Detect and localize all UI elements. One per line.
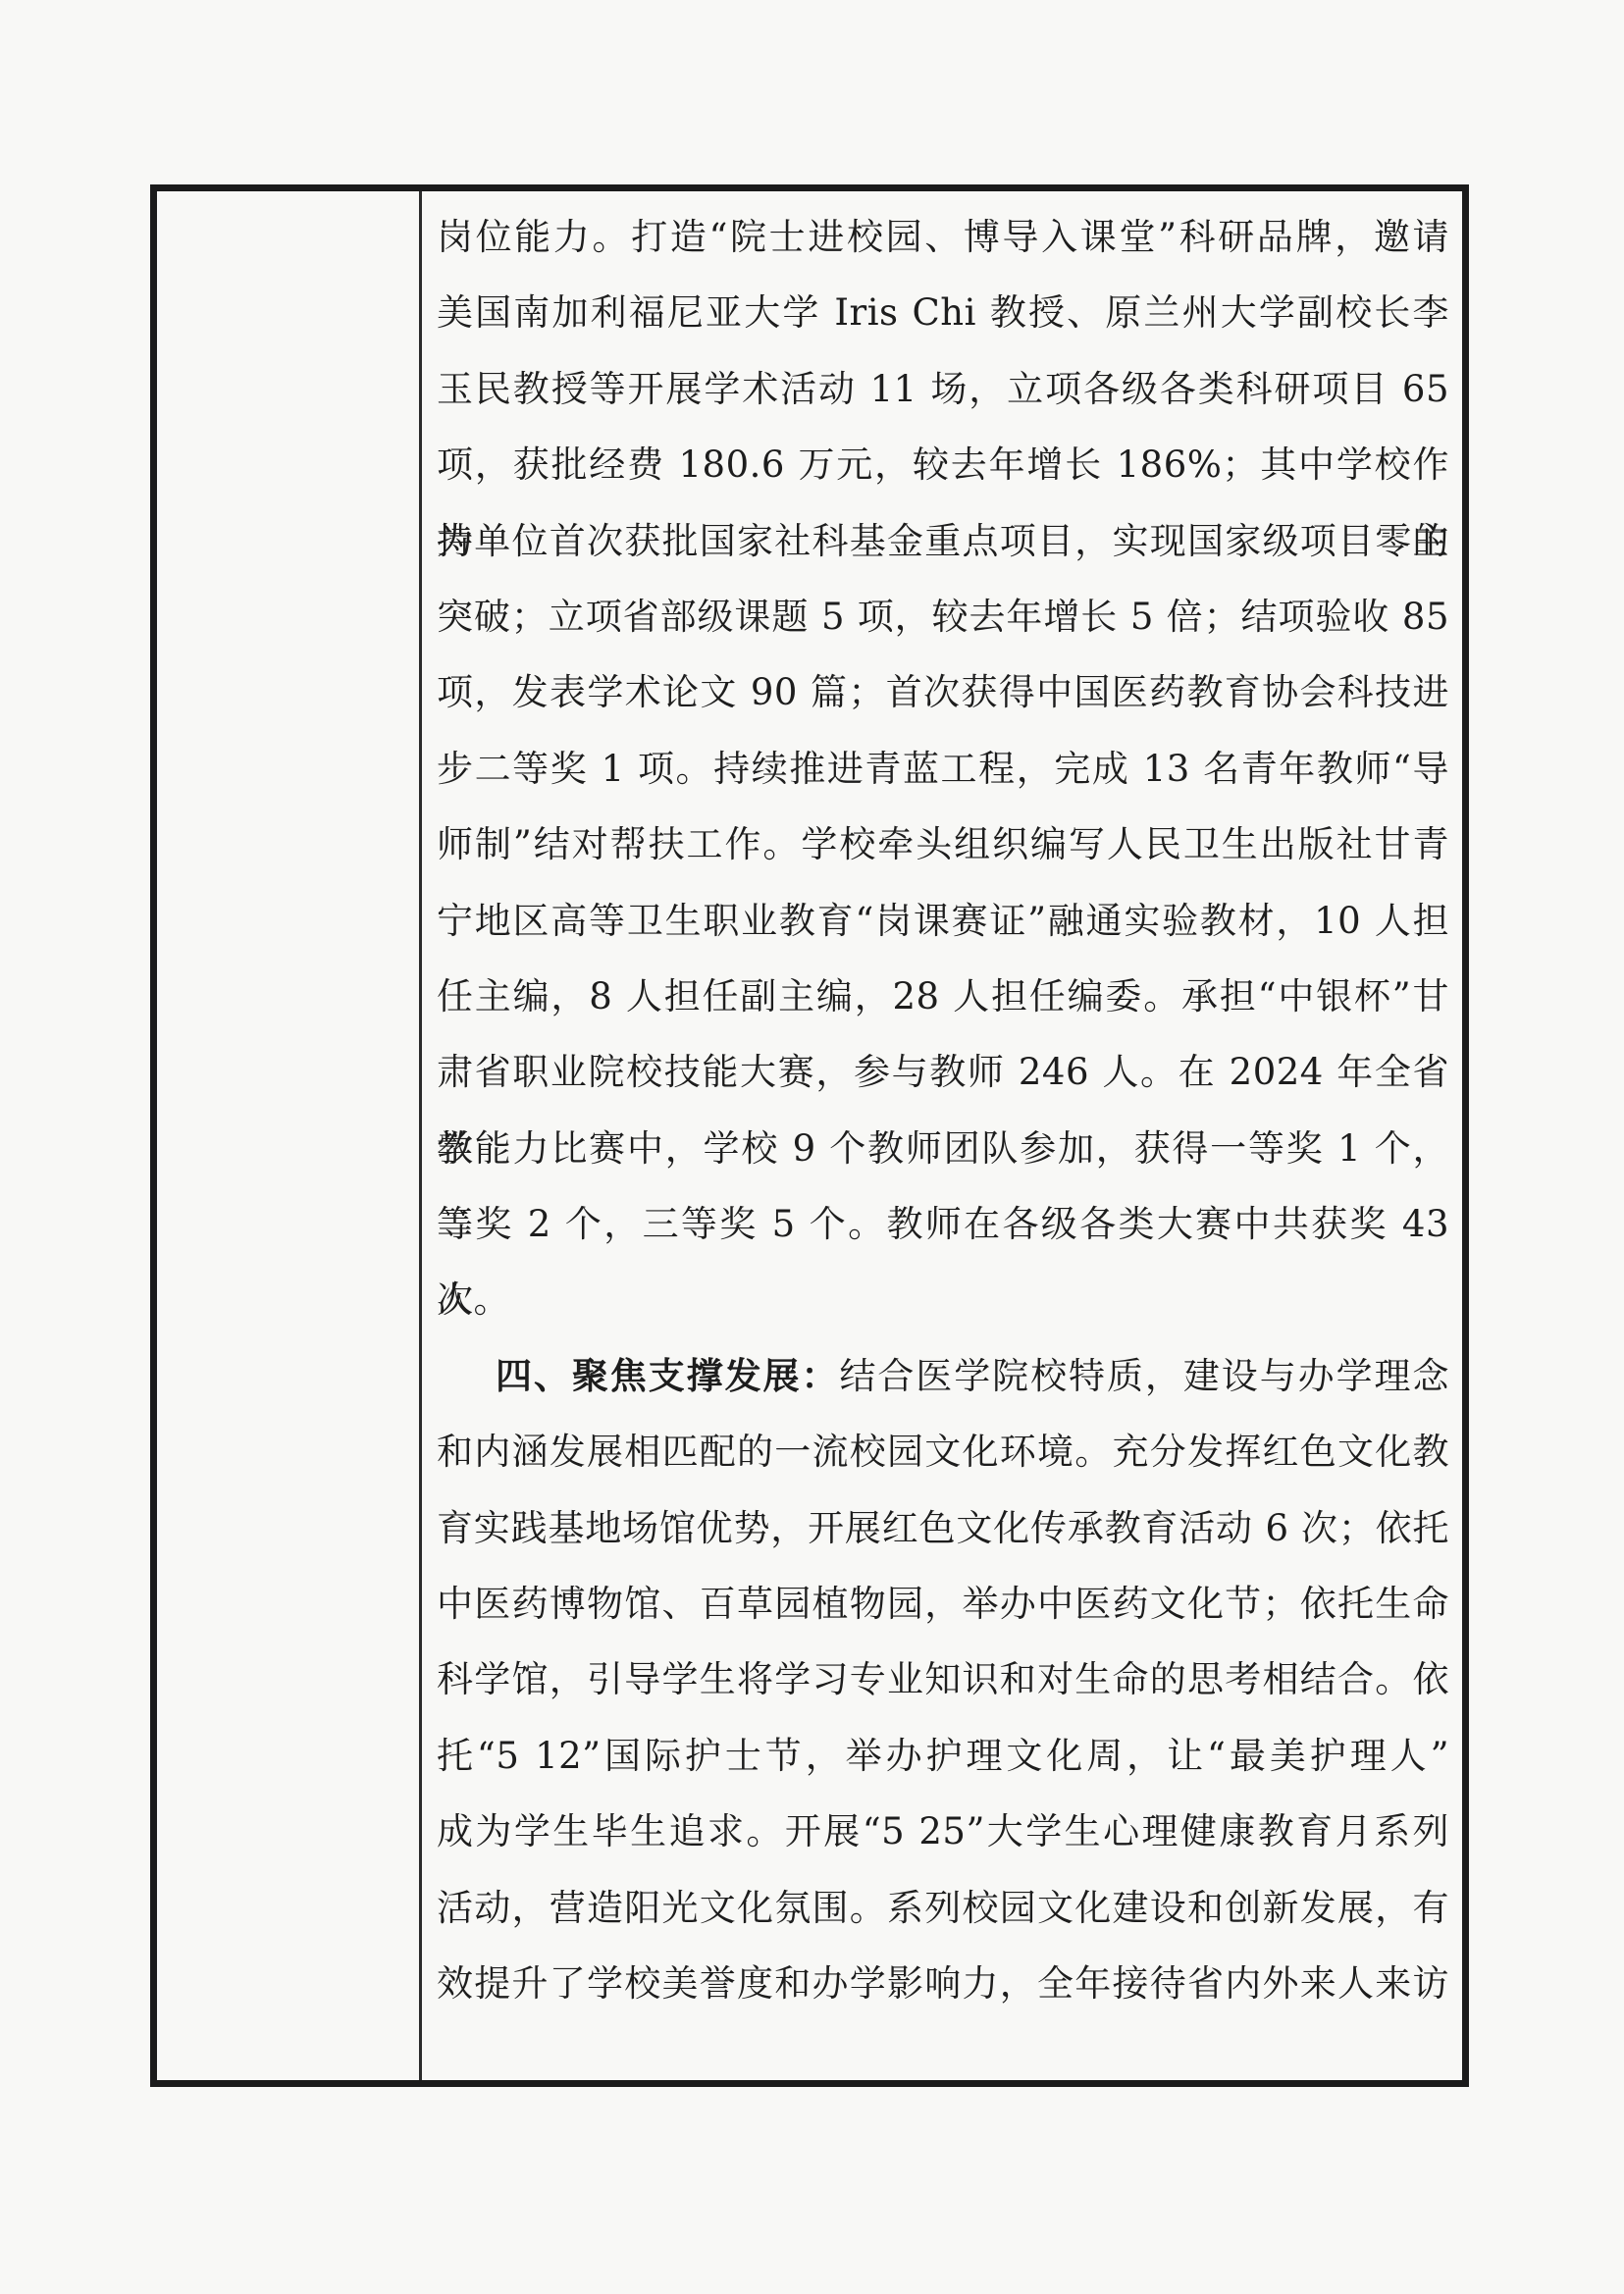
paragraph3-last-line: 次。 [437,1262,1449,1337]
text-line: 项，发表学术论文 90 篇；首次获得中国医药教育协会科技进 [437,654,1449,730]
text-line: 中医药博物馆、百草园植物园，举办中医药文化节；依托生命 [437,1566,1449,1642]
paragraph4-first-line-rest: 结合医学院校特质，建设与办学理念 [839,1355,1449,1397]
report-table: 岗位能力。打造“院士进校园、博导入课堂”科研品牌，邀请 美国南加利福尼亚大学 I… [150,184,1469,2087]
paragraph4-heading: 四、聚焦支撑发展： [496,1354,839,1397]
text-line: 玉民教授等开展学术活动 11 场，立项各级各类科研项目 65 [437,351,1449,427]
text-line: 美国南加利福尼亚大学 Iris Chi 教授、原兰州大学副校长李 [437,275,1449,350]
text-line: 突破；立项省部级课题 5 项，较去年增长 5 倍；结项验收 85 [437,579,1449,654]
text-line: 肃省职业院校技能大赛，参与教师 246 人。在 2024 年全省教 [437,1034,1449,1110]
text-line: 活动，营造阳光文化氛围。系列校园文化建设和创新发展，有 [437,1870,1449,1946]
text-line: 育实践基地场馆优势，开展红色文化传承教育活动 6 次；依托 [437,1490,1449,1566]
text-line: 科学馆，引导学生将学习专业知识和对生命的思考相结合。依 [437,1642,1449,1717]
text-line: 宁地区高等卫生职业教育“岗课赛证”融通实验教材，10 人担 [437,883,1449,959]
text-line: 师制”结对帮扶工作。学校牵头组织编写人民卫生出版社甘青 [437,807,1449,882]
text-line: 效提升了学校美誉度和办学影响力，全年接待省内外来人来访 [437,1946,1449,2021]
text-line: 项，获批经费 180.6 万元，较去年增长 186%；其中学校作为主 [437,427,1449,502]
table-content-cell: 岗位能力。打造“院士进校园、博导入课堂”科研品牌，邀请 美国南加利福尼亚大学 I… [422,191,1462,2080]
document-page: 岗位能力。打造“院士进校园、博导入课堂”科研品牌，邀请 美国南加利福尼亚大学 I… [0,0,1624,2294]
text-line: 和内涵发展相匹配的一流校园文化环境。充分发挥红色文化教 [437,1414,1449,1489]
text-line: 岗位能力。打造“院士进校园、博导入课堂”科研品牌，邀请 [437,199,1449,275]
text-line: 持单位首次获批国家社科基金重点项目，实现国家级项目零的 [437,503,1449,579]
table-label-cell-empty [157,191,422,2080]
text-line: 等奖 2 个，三等奖 5 个。教师在各级各类大赛中共获奖 43 人 [437,1186,1449,1262]
text-line: 步二等奖 1 项。持续推进青蓝工程，完成 13 名青年教师“导 [437,731,1449,807]
text-line: 任主编，8 人担任副主编，28 人担任编委。承担“中银杯”甘 [437,959,1449,1034]
text-line: 学能力比赛中，学校 9 个教师团队参加，获得一等奖 1 个，二 [437,1111,1449,1186]
text-line: 成为学生毕生追求。开展“5 25”大学生心理健康教育月系列 [437,1794,1449,1869]
paragraph4-first-line: 四、聚焦支撑发展：结合医学院校特质，建设与办学理念 [437,1338,1449,1414]
text-line: 托“5 12”国际护士节，举办护理文化周，让“最美护理人” [437,1718,1449,1794]
